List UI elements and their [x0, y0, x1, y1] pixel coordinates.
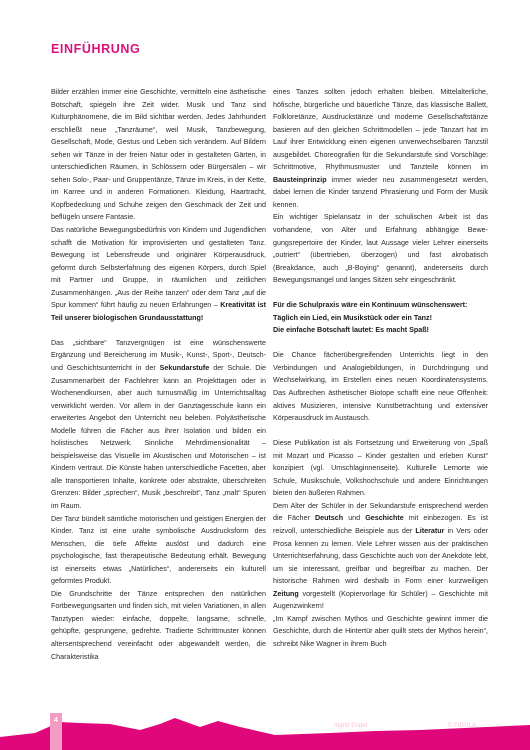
paragraph: Der Tanz bündelt sämtliche motorischen u…	[51, 513, 266, 588]
emphasis: Bausteinprinzip	[273, 176, 327, 184]
paragraph: „Im Kampf zwischen Mythos und Geschichte…	[273, 613, 488, 651]
left-column: Bilder erzählen immer eine Geschichte, v…	[51, 86, 266, 663]
footer-wave	[0, 690, 530, 750]
paragraph: Diese Publikation ist als Fortsetzung un…	[273, 437, 488, 500]
highlight-paragraph: Für die Schulpraxis wäre ein Kontinuum w…	[273, 299, 488, 337]
right-column: eines Tanzes sollten jedoch erhalten ble…	[273, 86, 488, 650]
paragraph: Bilder erzählen immer eine Geschichte, v…	[51, 86, 266, 224]
paragraph: Dem Alter der Schüler in der Sekundarstu…	[273, 500, 488, 613]
paragraph: Das „sichtbare“ Tanzvergnügen ist eine w…	[51, 337, 266, 513]
footer-credit: Ingrid Engel TANZEN NACH BILDERN © FIDUL…	[334, 722, 476, 729]
page-number: 4	[50, 717, 62, 724]
paragraph: Die Chance fächerübergreifenden Unterric…	[273, 349, 488, 424]
paragraph: Die Grundschritte der Tänze entsprechen …	[51, 588, 266, 663]
paragraph: eines Tanzes sollten jedoch erhalten ble…	[273, 86, 488, 211]
paragraph: Das natürliche Bewegungsbedürfnis von Ki…	[51, 224, 266, 324]
wave-shape-icon	[0, 690, 530, 750]
emphasis: Sekundarstufe	[160, 364, 210, 372]
publisher: © FIDULA	[448, 722, 476, 729]
author: Ingrid Engel	[334, 722, 367, 729]
book-title: TANZEN NACH BILDERN	[369, 722, 446, 729]
page-title: EINFÜHRUNG	[51, 42, 140, 56]
paragraph: Ein wichtiger Spielansatz in der schulis…	[273, 211, 488, 286]
